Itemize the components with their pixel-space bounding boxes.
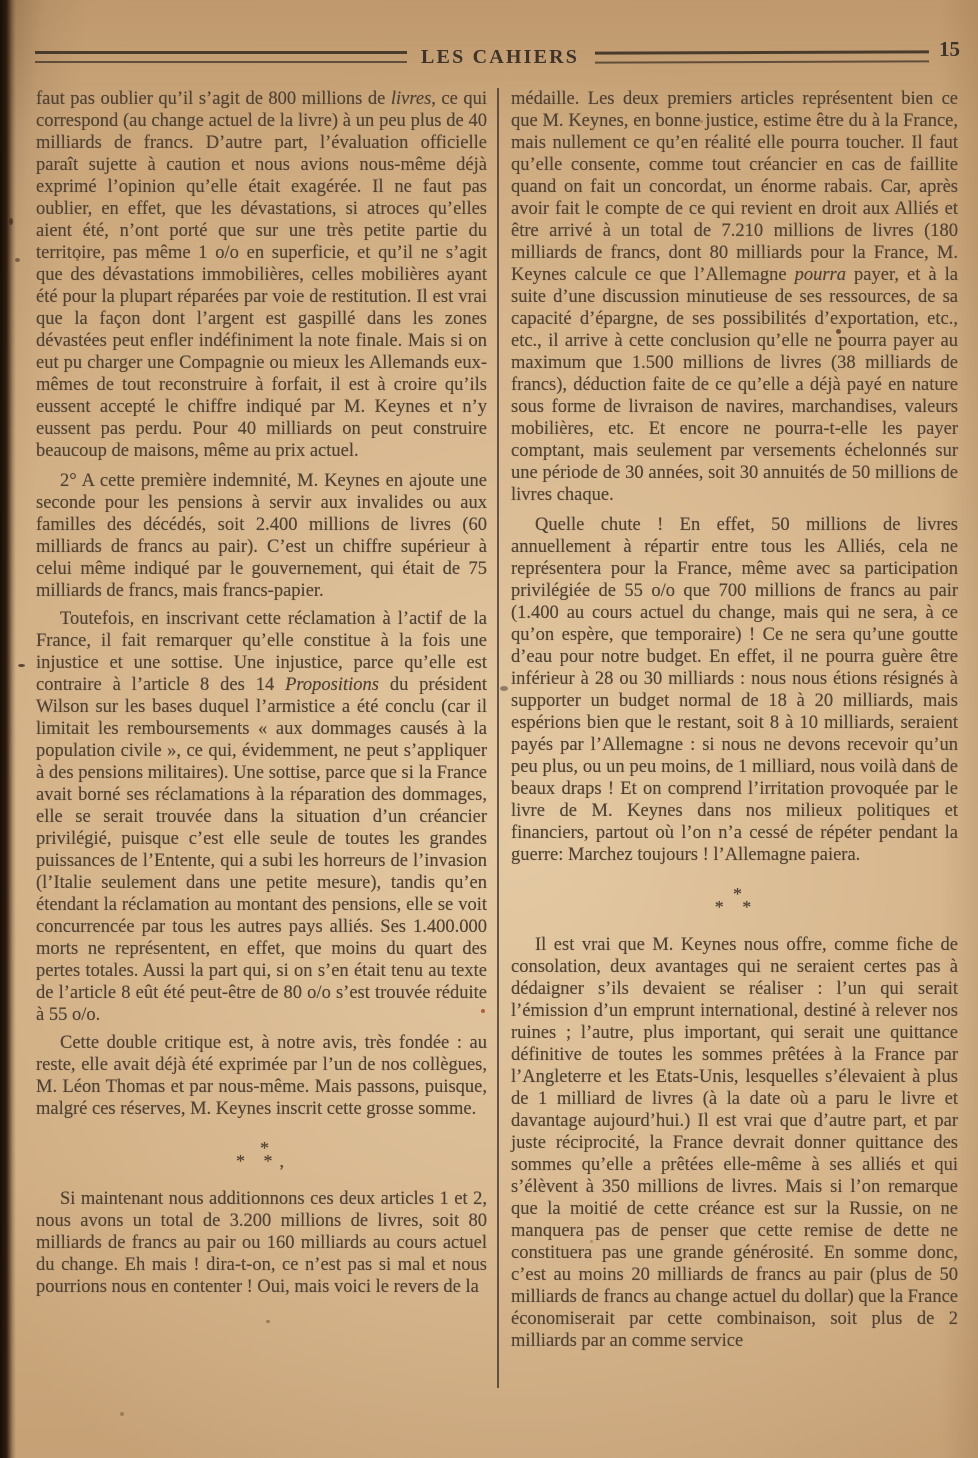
paper-speck <box>76 258 79 261</box>
section-separator: ** * <box>511 888 958 914</box>
paragraph: faut pas oublier qu’il s’agit de 800 mil… <box>36 88 487 462</box>
paragraph: Cette double critique est, à notre avis,… <box>36 1032 487 1120</box>
header-rule-right <box>595 50 929 63</box>
text-columns: faut pas oublier qu’il s’agit de 800 mil… <box>36 88 958 1388</box>
paragraph: Il est vrai que M. Keynes nous offre, co… <box>511 934 958 1352</box>
asterism-bottom: * *, <box>40 1155 487 1168</box>
right-column: médaille. Les deux premiers articles rep… <box>511 88 958 1388</box>
paper-speck <box>700 120 703 123</box>
page-title: LES CAHIERS <box>421 46 579 69</box>
text-run: Quelle chute ! En effet, 50 millions de … <box>511 515 958 865</box>
italic-text: livres <box>391 89 431 109</box>
paper-speck <box>481 1009 485 1013</box>
text-run: Cette double critique est, à notre avis,… <box>36 1033 487 1119</box>
italic-text: pourra <box>795 265 846 285</box>
page-header: LES CAHIERS 15 <box>35 42 960 72</box>
magazine-page: LES CAHIERS 15 faut pas oublier qu’il s’… <box>0 0 978 1458</box>
paper-speck <box>500 686 508 691</box>
text-run: 2° A cette première indemnité, M. Keynes… <box>36 471 487 601</box>
paper-speck <box>590 1240 593 1243</box>
section-separator: ** *, <box>36 1142 487 1168</box>
text-run: faut pas oublier qu’il s’agit de 800 mil… <box>36 89 391 109</box>
header-rule-left <box>35 51 407 63</box>
paper-speck <box>120 1412 124 1416</box>
page-number: 15 <box>939 37 960 62</box>
column-divider <box>497 88 499 1388</box>
paper-speck <box>266 1320 270 1323</box>
paper-speck <box>18 664 25 667</box>
paragraph: 2° A cette première indemnité, M. Keynes… <box>36 470 487 602</box>
text-run: médaille. Les deux premiers articles rep… <box>511 89 958 285</box>
left-column: faut pas oublier qu’il s’agit de 800 mil… <box>36 88 487 1388</box>
paper-speck <box>836 329 841 334</box>
text-run: Si maintenant nous additionnons ces deux… <box>36 1189 487 1297</box>
text-run: Il est vrai que M. Keynes nous offre, co… <box>511 935 958 1351</box>
paragraph: Quelle chute ! En effet, 50 millions de … <box>511 514 958 866</box>
text-run: , ce qui correspond (au change actuel de… <box>36 89 487 461</box>
paragraph: Toutefois, en inscrivant cette réclamati… <box>36 608 487 1026</box>
text-run: payer, et à la suite d’une discussion mi… <box>511 265 958 505</box>
text-run: du président Wilson sur les bases duquel… <box>36 675 487 1025</box>
paragraph: Si maintenant nous additionnons ces deux… <box>36 1188 487 1298</box>
paper-speck <box>9 218 13 225</box>
italic-text: Propositions <box>285 675 379 695</box>
binding-shadow <box>0 0 16 1458</box>
paragraph: médaille. Les deux premiers articles rep… <box>511 88 958 506</box>
asterism-bottom: * * <box>515 901 958 914</box>
paper-speck <box>15 258 20 262</box>
paper-speck <box>930 760 933 764</box>
